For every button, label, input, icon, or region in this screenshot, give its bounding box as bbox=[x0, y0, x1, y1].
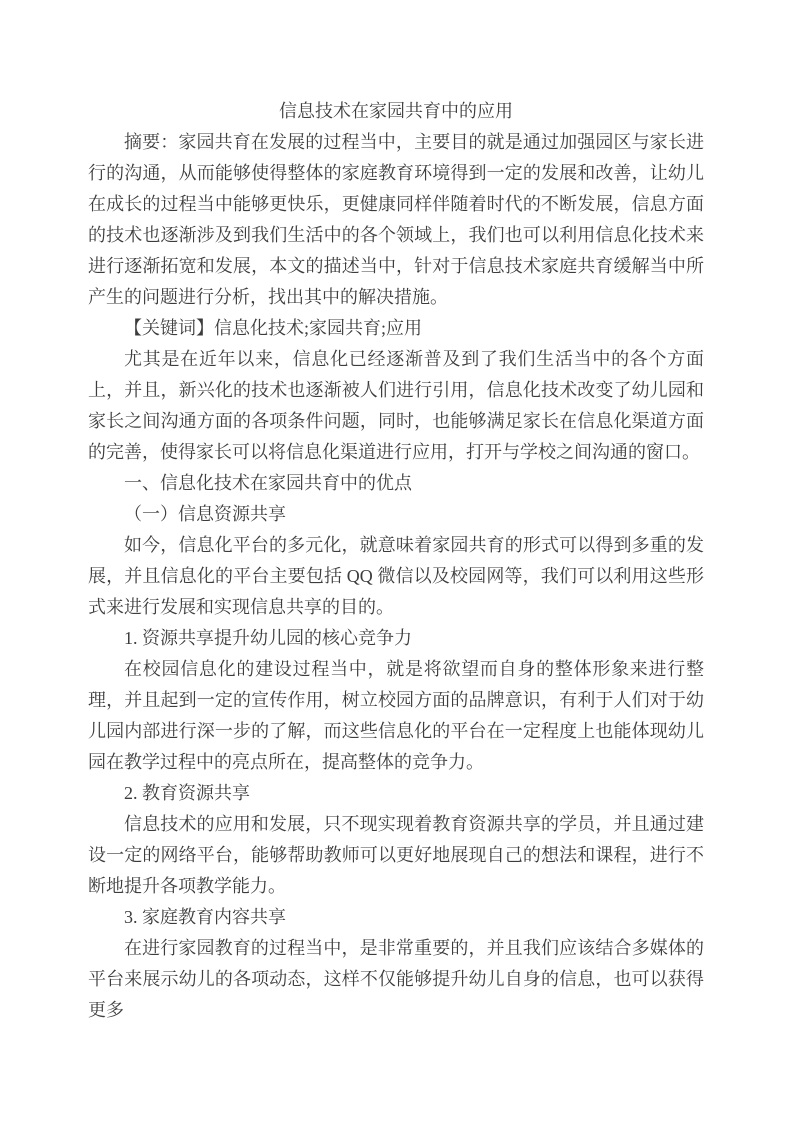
item-heading-edu-resource-sharing: 2. 教育资源共享 bbox=[88, 778, 704, 809]
paragraph-platform-diversity: 如今，信息化平台的多元化，就意味着家园共育的形式可以得到多重的发展，并且信息化的… bbox=[88, 530, 704, 623]
keywords-line: 【关键词】信息化技术;家园共育;应用 bbox=[88, 313, 704, 344]
abstract-paragraph: 摘要：家园共育在发展的过程当中，主要目的就是通过加强园区与家长进行的沟通，从而能… bbox=[88, 127, 704, 313]
paragraph-edu-resource-sharing: 信息技术的应用和发展，只不现实现着教育资源共享的学员，并且通过建设一定的网络平台… bbox=[88, 809, 704, 902]
item-heading-core-competitiveness: 1. 资源共享提升幼儿园的核心竞争力 bbox=[88, 623, 704, 654]
paragraph-family-edu-content: 在进行家园教育的过程当中，是非常重要的，并且我们应该结合多媒体的平台来展示幼儿的… bbox=[88, 933, 704, 1026]
intro-paragraph: 尤其是在近年以来，信息化已经逐渐普及到了我们生活当中的各个方面上，并且，新兴化的… bbox=[88, 344, 704, 468]
section-heading-advantages: 一、信息化技术在家园共育中的优点 bbox=[88, 468, 704, 499]
document-title: 信息技术在家园共育中的应用 bbox=[88, 96, 704, 127]
paragraph-core-competitiveness: 在校园信息化的建设过程当中，就是将欲望而自身的整体形象来进行整理，并且起到一定的… bbox=[88, 654, 704, 778]
subsection-heading-info-resource-sharing: （一）信息资源共享 bbox=[88, 499, 704, 530]
item-heading-family-edu-content: 3. 家庭教育内容共享 bbox=[88, 902, 704, 933]
document-page: 信息技术在家园共育中的应用 摘要：家园共育在发展的过程当中，主要目的就是通过加强… bbox=[0, 0, 793, 1122]
